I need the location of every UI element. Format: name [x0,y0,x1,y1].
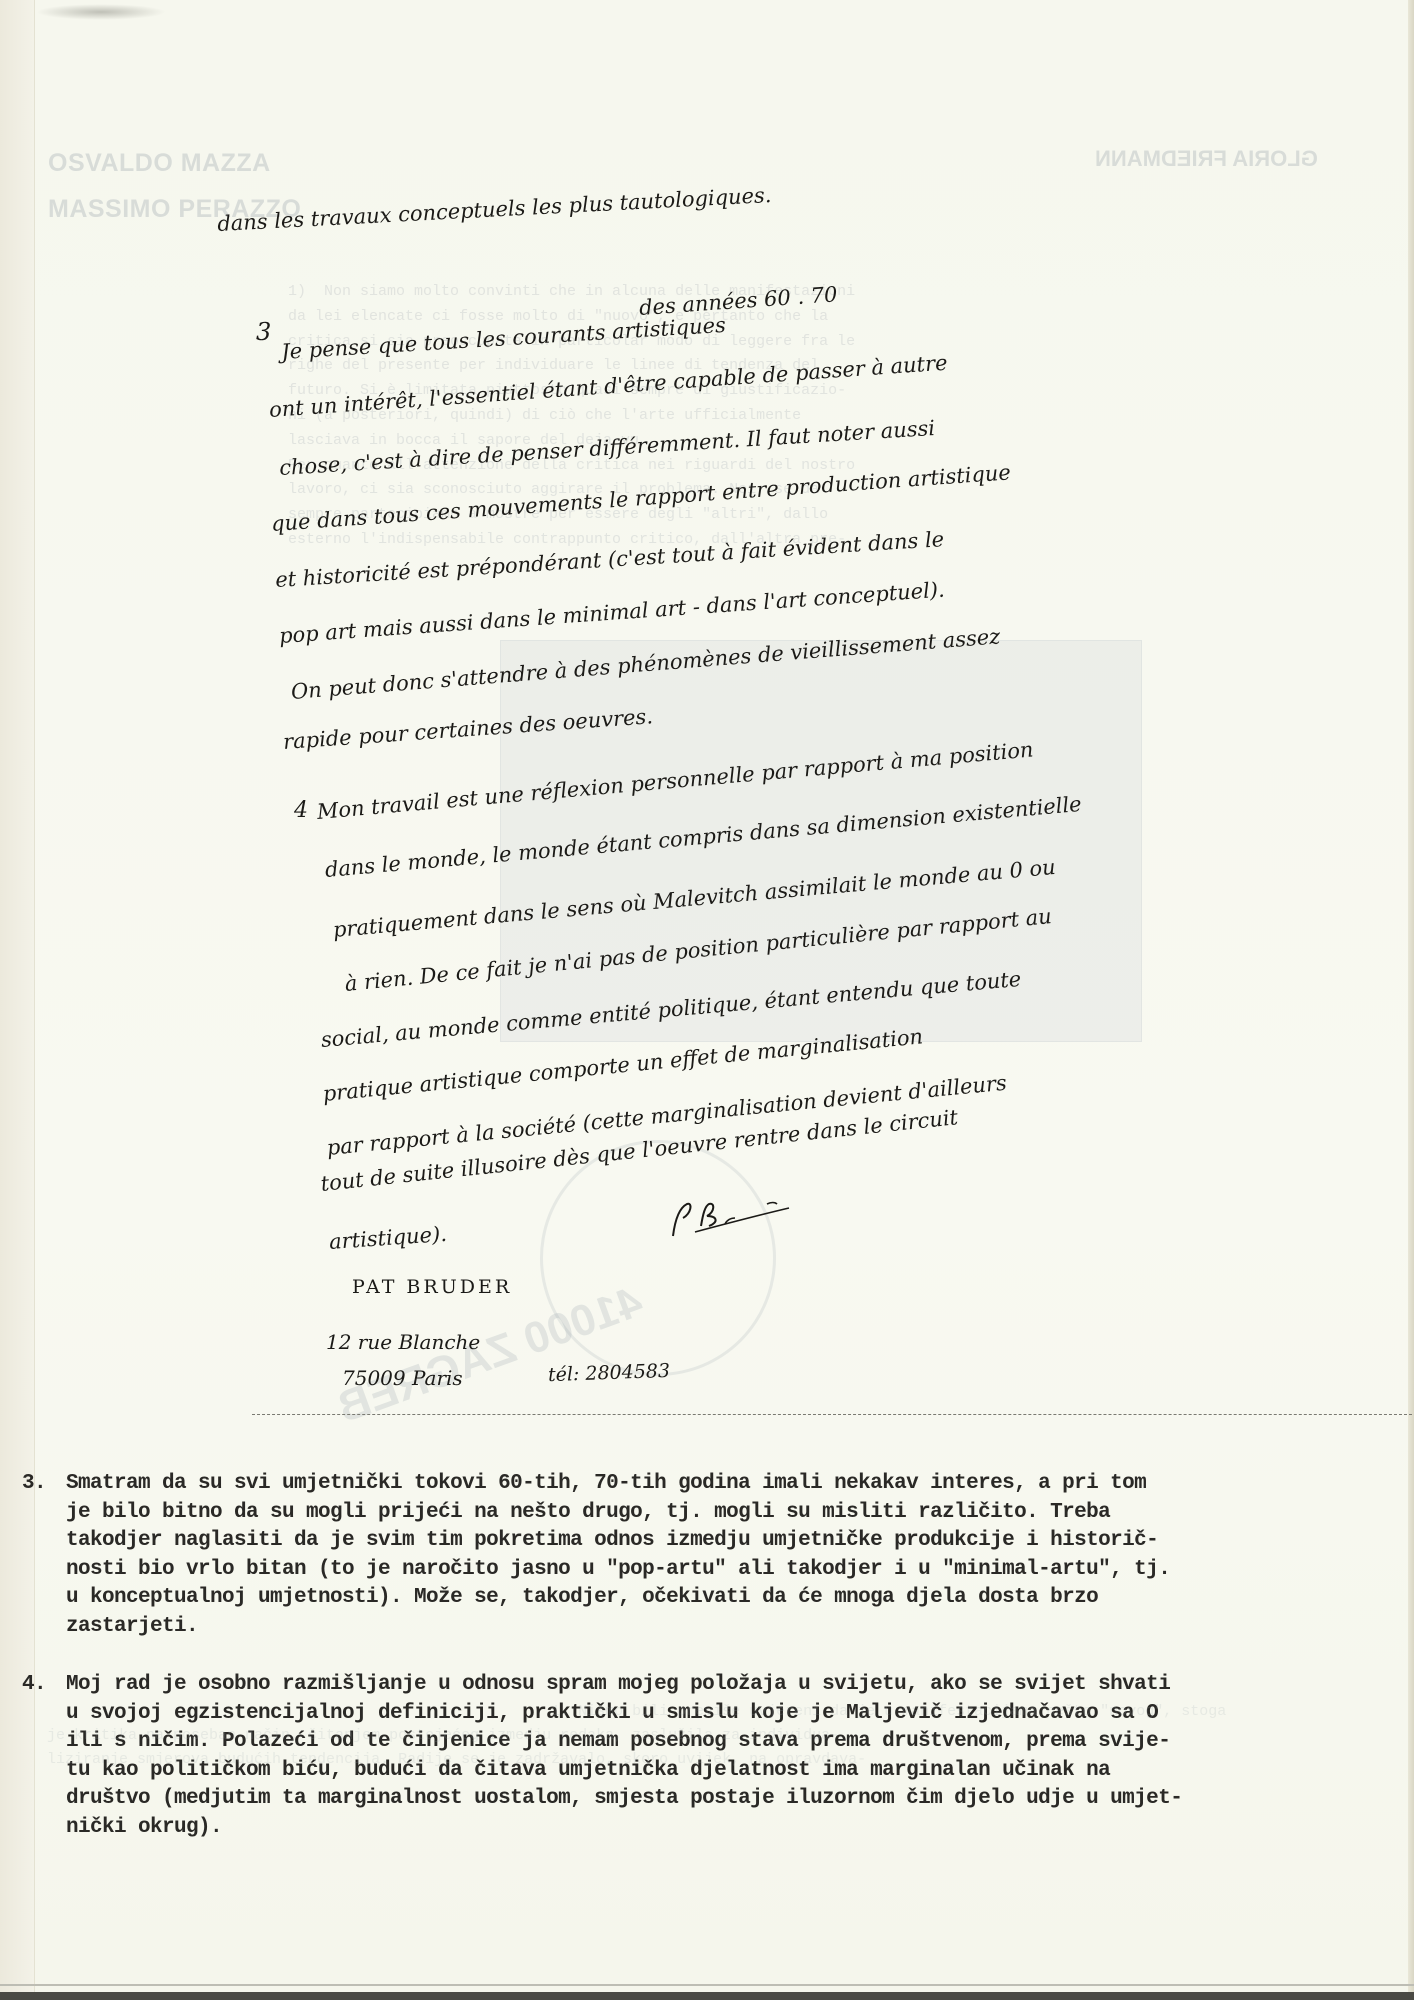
section-divider [252,1414,1412,1415]
page-right-edge [1408,0,1414,2000]
sender-street: 12 rue Blanche [326,1330,480,1354]
page-bottom-line [0,1984,1414,1986]
typed-translation: 3. Smatram da su svi umjetnički tokovi 6… [22,1470,1402,1872]
bleed-through-lower-text: 1. Nismo bili previše uvjereni da je u m… [20,1700,1400,1772]
signature-icon [665,1190,795,1240]
answer-number: 4 [294,798,308,823]
sender-city: 75009 Paris [342,1366,463,1390]
bleed-through-name-mirrored: GLORIA FRIEDMANN [1095,146,1318,172]
typed-line: nosti bio vrlo bitan (to je naročito jas… [66,1556,1402,1585]
scanner-bottom-edge [0,1992,1414,2000]
typed-line: je bilo bitno da su mogli prijeći na neš… [66,1499,1402,1528]
item-number: 3. [22,1470,66,1641]
handwritten-line: artistique). [328,1222,447,1254]
typed-line: Smatram da su svi umjetnički tokovi 60-t… [66,1470,1402,1499]
scan-smudge [36,4,166,20]
scanned-page: OSVALDO MAZZA MASSIMO PERAZZO GLORIA FRI… [0,0,1414,2000]
typed-line: zastarjeti. [66,1613,1402,1642]
typed-line: nički okrug). [66,1814,1402,1843]
typed-line: u konceptualnoj umjetnosti). Može se, ta… [66,1584,1402,1613]
item-text: Smatram da su svi umjetnički tokovi 60-t… [66,1470,1402,1641]
sender-phone: tél: 2804583 [548,1360,671,1386]
sender-name: PAT BRUDER [352,1276,512,1298]
ghost-name-1: OSVALDO MAZZA [48,140,301,186]
typed-line: društvo (medjutim ta marginalnost uostal… [66,1785,1402,1814]
answer-number: 3 [256,318,271,346]
translation-item-3: 3. Smatram da su svi umjetnički tokovi 6… [22,1470,1402,1641]
typed-line: Moj rad je osobno razmišljanje u odnosu … [66,1671,1402,1700]
typed-line: takodjer naglasiti da je svim tim pokret… [66,1527,1402,1556]
